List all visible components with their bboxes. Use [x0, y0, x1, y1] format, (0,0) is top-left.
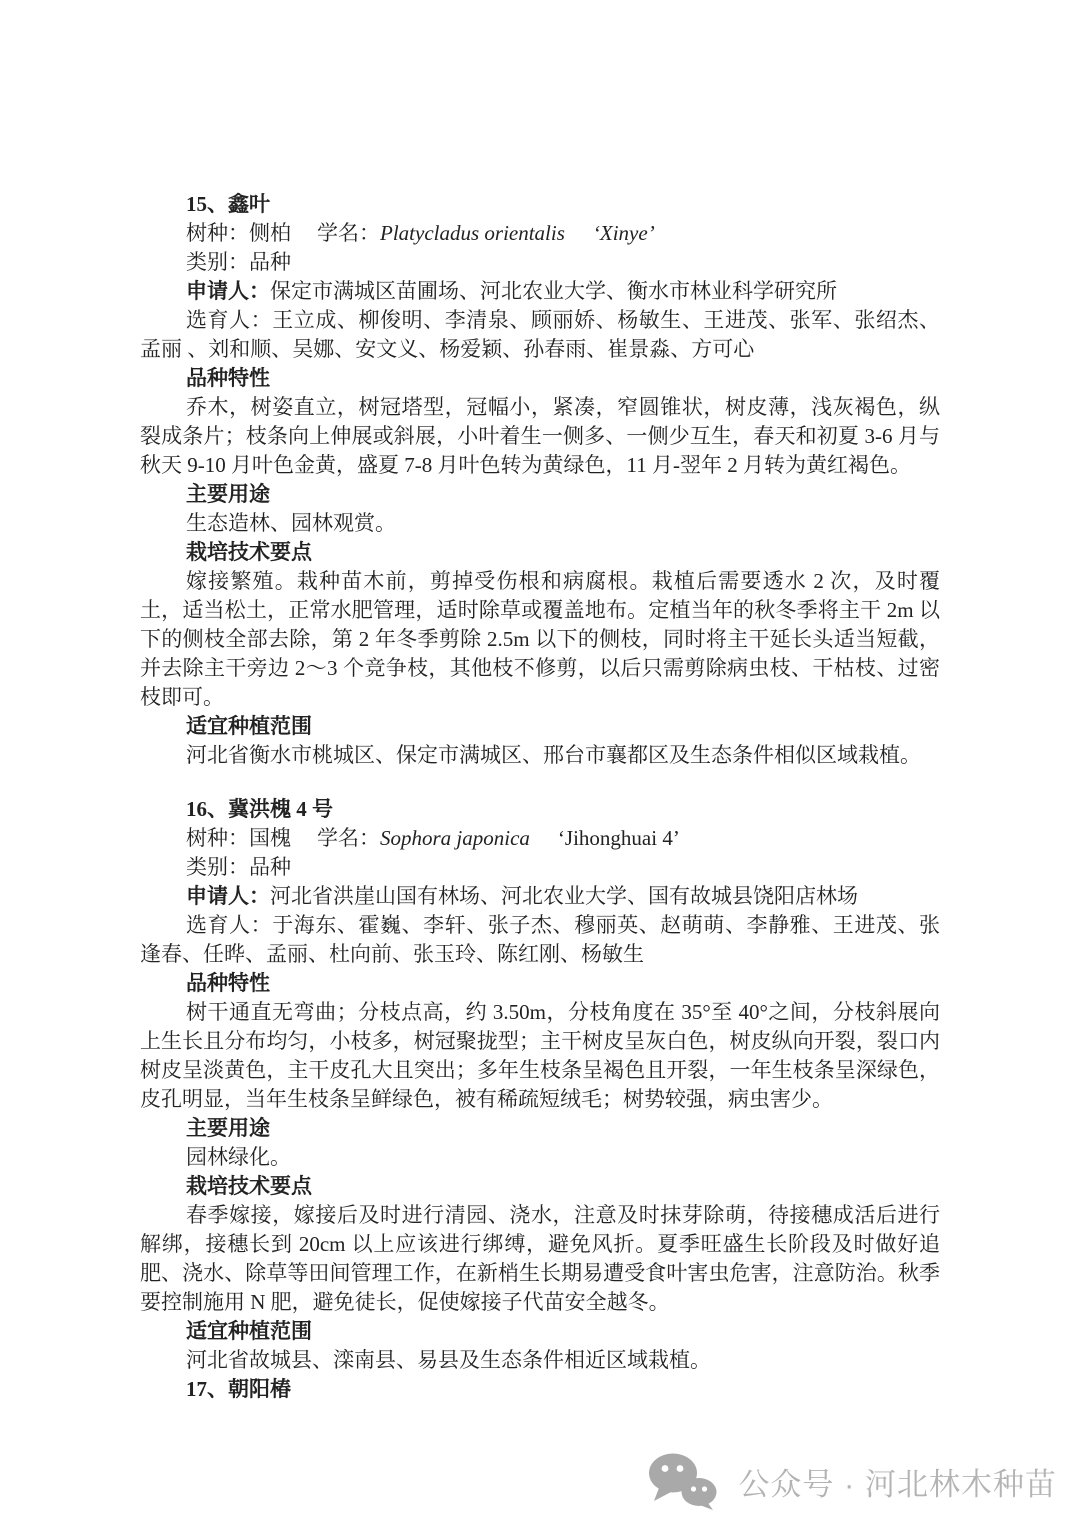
- scientific-name-label: 学名：: [317, 221, 380, 245]
- species-value: 国槐: [249, 826, 291, 850]
- cultivation-paragraph: 春季嫁接，嫁接后及时进行清园、浇水，注意及时抹芽除萌，待接穗成活后进行解绑，接穗…: [140, 1201, 940, 1317]
- category-label: 类别：: [186, 855, 249, 879]
- variety-section-16: 16、冀洪槐 4 号 树种：国槐学名：Sophora japonica‘Jiho…: [140, 795, 940, 1375]
- applicant-value: 河北省洪崖山国有林场、河北农业大学、国有故城县饶阳店林场: [270, 884, 858, 908]
- breeder-line: 选育人：于海东、霍巍、李轩、张子杰、穆丽英、赵萌萌、李静雅、王进茂、张逢春、任晔…: [140, 911, 940, 969]
- cultivar-name: ‘Xinye’: [593, 221, 655, 245]
- category-value: 品种: [249, 250, 291, 274]
- species-line: 树种：国槐学名：Sophora japonica‘Jihonghuai 4’: [140, 824, 940, 853]
- category-line: 类别：品种: [140, 248, 940, 277]
- traits-heading: 品种特性: [140, 364, 940, 393]
- use-paragraph: 生态造林、园林观赏。: [140, 509, 940, 538]
- cultivation-heading: 栽培技术要点: [140, 1172, 940, 1201]
- cultivation-paragraph: 嫁接繁殖。栽种苗木前，剪掉受伤根和病腐根。栽植后需要透水 2 次，及时覆土，适当…: [140, 567, 940, 712]
- range-paragraph: 河北省故城县、滦南县、易县及生态条件相近区域栽植。: [140, 1346, 940, 1375]
- next-section-title: 17、朝阳椿: [140, 1375, 940, 1404]
- applicant-line: 申请人：河北省洪崖山国有林场、河北农业大学、国有故城县饶阳店林场: [140, 882, 940, 911]
- species-label: 树种：: [186, 221, 249, 245]
- applicant-label: 申请人：: [186, 884, 270, 908]
- breeder-label: 选育人：: [186, 308, 272, 332]
- traits-paragraph: 树干通直无弯曲；分枝点高，约 3.50m，分枝角度在 35°至 40°之间，分枝…: [140, 998, 940, 1114]
- species-line: 树种：侧柏学名：Platycladus orientalis‘Xinye’: [140, 219, 940, 248]
- species-value: 侧柏: [249, 221, 291, 245]
- document-page: 15、鑫叶 树种：侧柏学名：Platycladus orientalis‘Xin…: [0, 0, 1080, 1527]
- cultivar-name: ‘Jihonghuai 4’: [558, 826, 680, 850]
- category-value: 品种: [249, 855, 291, 879]
- scientific-name-label: 学名：: [317, 826, 380, 850]
- applicant-label: 申请人：: [186, 279, 270, 303]
- traits-paragraph: 乔木，树姿直立，树冠塔型，冠幅小，紧凑，窄圆锥状，树皮薄，浅灰褐色，纵裂成条片；…: [140, 393, 940, 480]
- breeder-line: 选育人：王立成、柳俊明、李清泉、顾丽娇、杨敏生、王进茂、张军、张绍杰、孟丽 、刘…: [140, 306, 940, 364]
- wechat-icon: [646, 1452, 722, 1510]
- category-label: 类别：: [186, 250, 249, 274]
- watermark: 公众号 · 河北林木种苗: [646, 1452, 1057, 1510]
- applicant-value: 保定市满城区苗圃场、河北农业大学、衡水市林业科学研究所: [270, 279, 837, 303]
- applicant-line: 申请人：保定市满城区苗圃场、河北农业大学、衡水市林业科学研究所: [140, 277, 940, 306]
- use-heading: 主要用途: [140, 480, 940, 509]
- use-heading: 主要用途: [140, 1114, 940, 1143]
- variety-section-15: 15、鑫叶 树种：侧柏学名：Platycladus orientalis‘Xin…: [140, 190, 940, 770]
- latin-name: Sophora japonica: [380, 826, 530, 850]
- variety-title: 16、冀洪槐 4 号: [140, 795, 940, 824]
- cultivation-heading: 栽培技术要点: [140, 538, 940, 567]
- range-heading: 适宜种植范围: [140, 712, 940, 741]
- use-paragraph: 园林绿化。: [140, 1143, 940, 1172]
- latin-name: Platycladus orientalis: [380, 221, 565, 245]
- breeder-label: 选育人：: [186, 913, 272, 937]
- watermark-text: 公众号 · 河北林木种苗: [738, 1459, 1057, 1504]
- range-heading: 适宜种植范围: [140, 1317, 940, 1346]
- range-paragraph: 河北省衡水市桃城区、保定市满城区、邢台市襄都区及生态条件相似区域栽植。: [140, 741, 940, 770]
- variety-title: 15、鑫叶: [140, 190, 940, 219]
- category-line: 类别：品种: [140, 853, 940, 882]
- document-body: 15、鑫叶 树种：侧柏学名：Platycladus orientalis‘Xin…: [140, 190, 940, 1404]
- traits-heading: 品种特性: [140, 969, 940, 998]
- species-label: 树种：: [186, 826, 249, 850]
